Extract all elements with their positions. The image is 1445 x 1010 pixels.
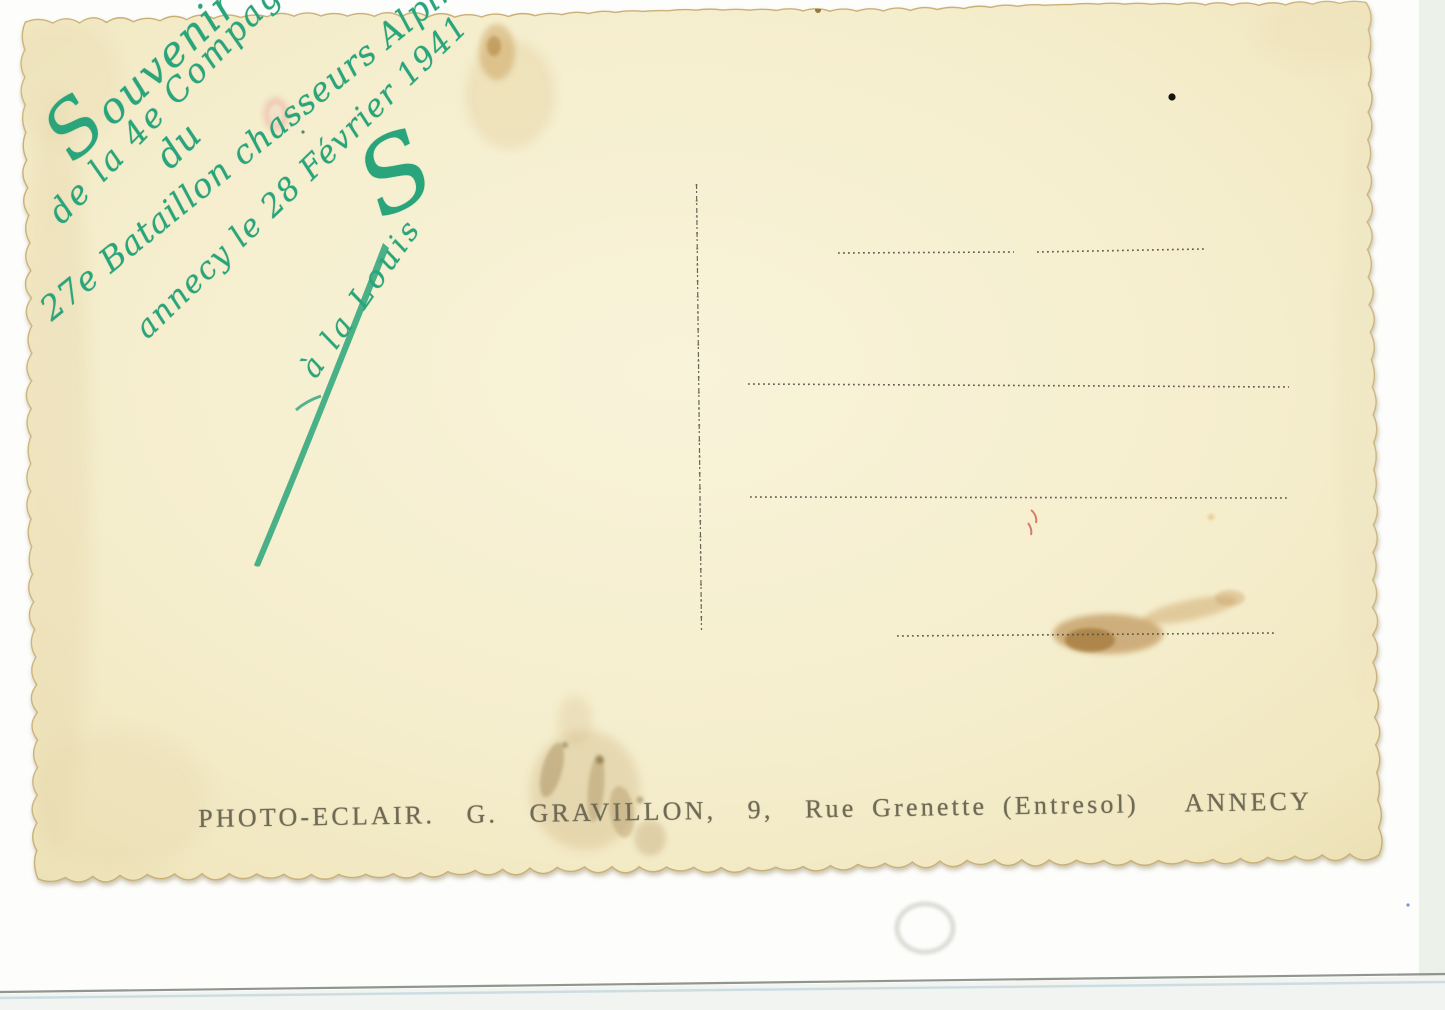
black-dot <box>1168 93 1175 100</box>
scanner-blue-fleck <box>1406 903 1409 906</box>
postcard-scan-graphic <box>0 0 1445 1010</box>
postcard-scan: Souvenir de la 4e Compagnie du 27e Batai… <box>0 0 1445 1010</box>
ink-speck <box>301 130 304 133</box>
scanner-right-band <box>1419 0 1445 1010</box>
orange-dot <box>1208 514 1214 520</box>
postcard-paper <box>21 1 1382 882</box>
